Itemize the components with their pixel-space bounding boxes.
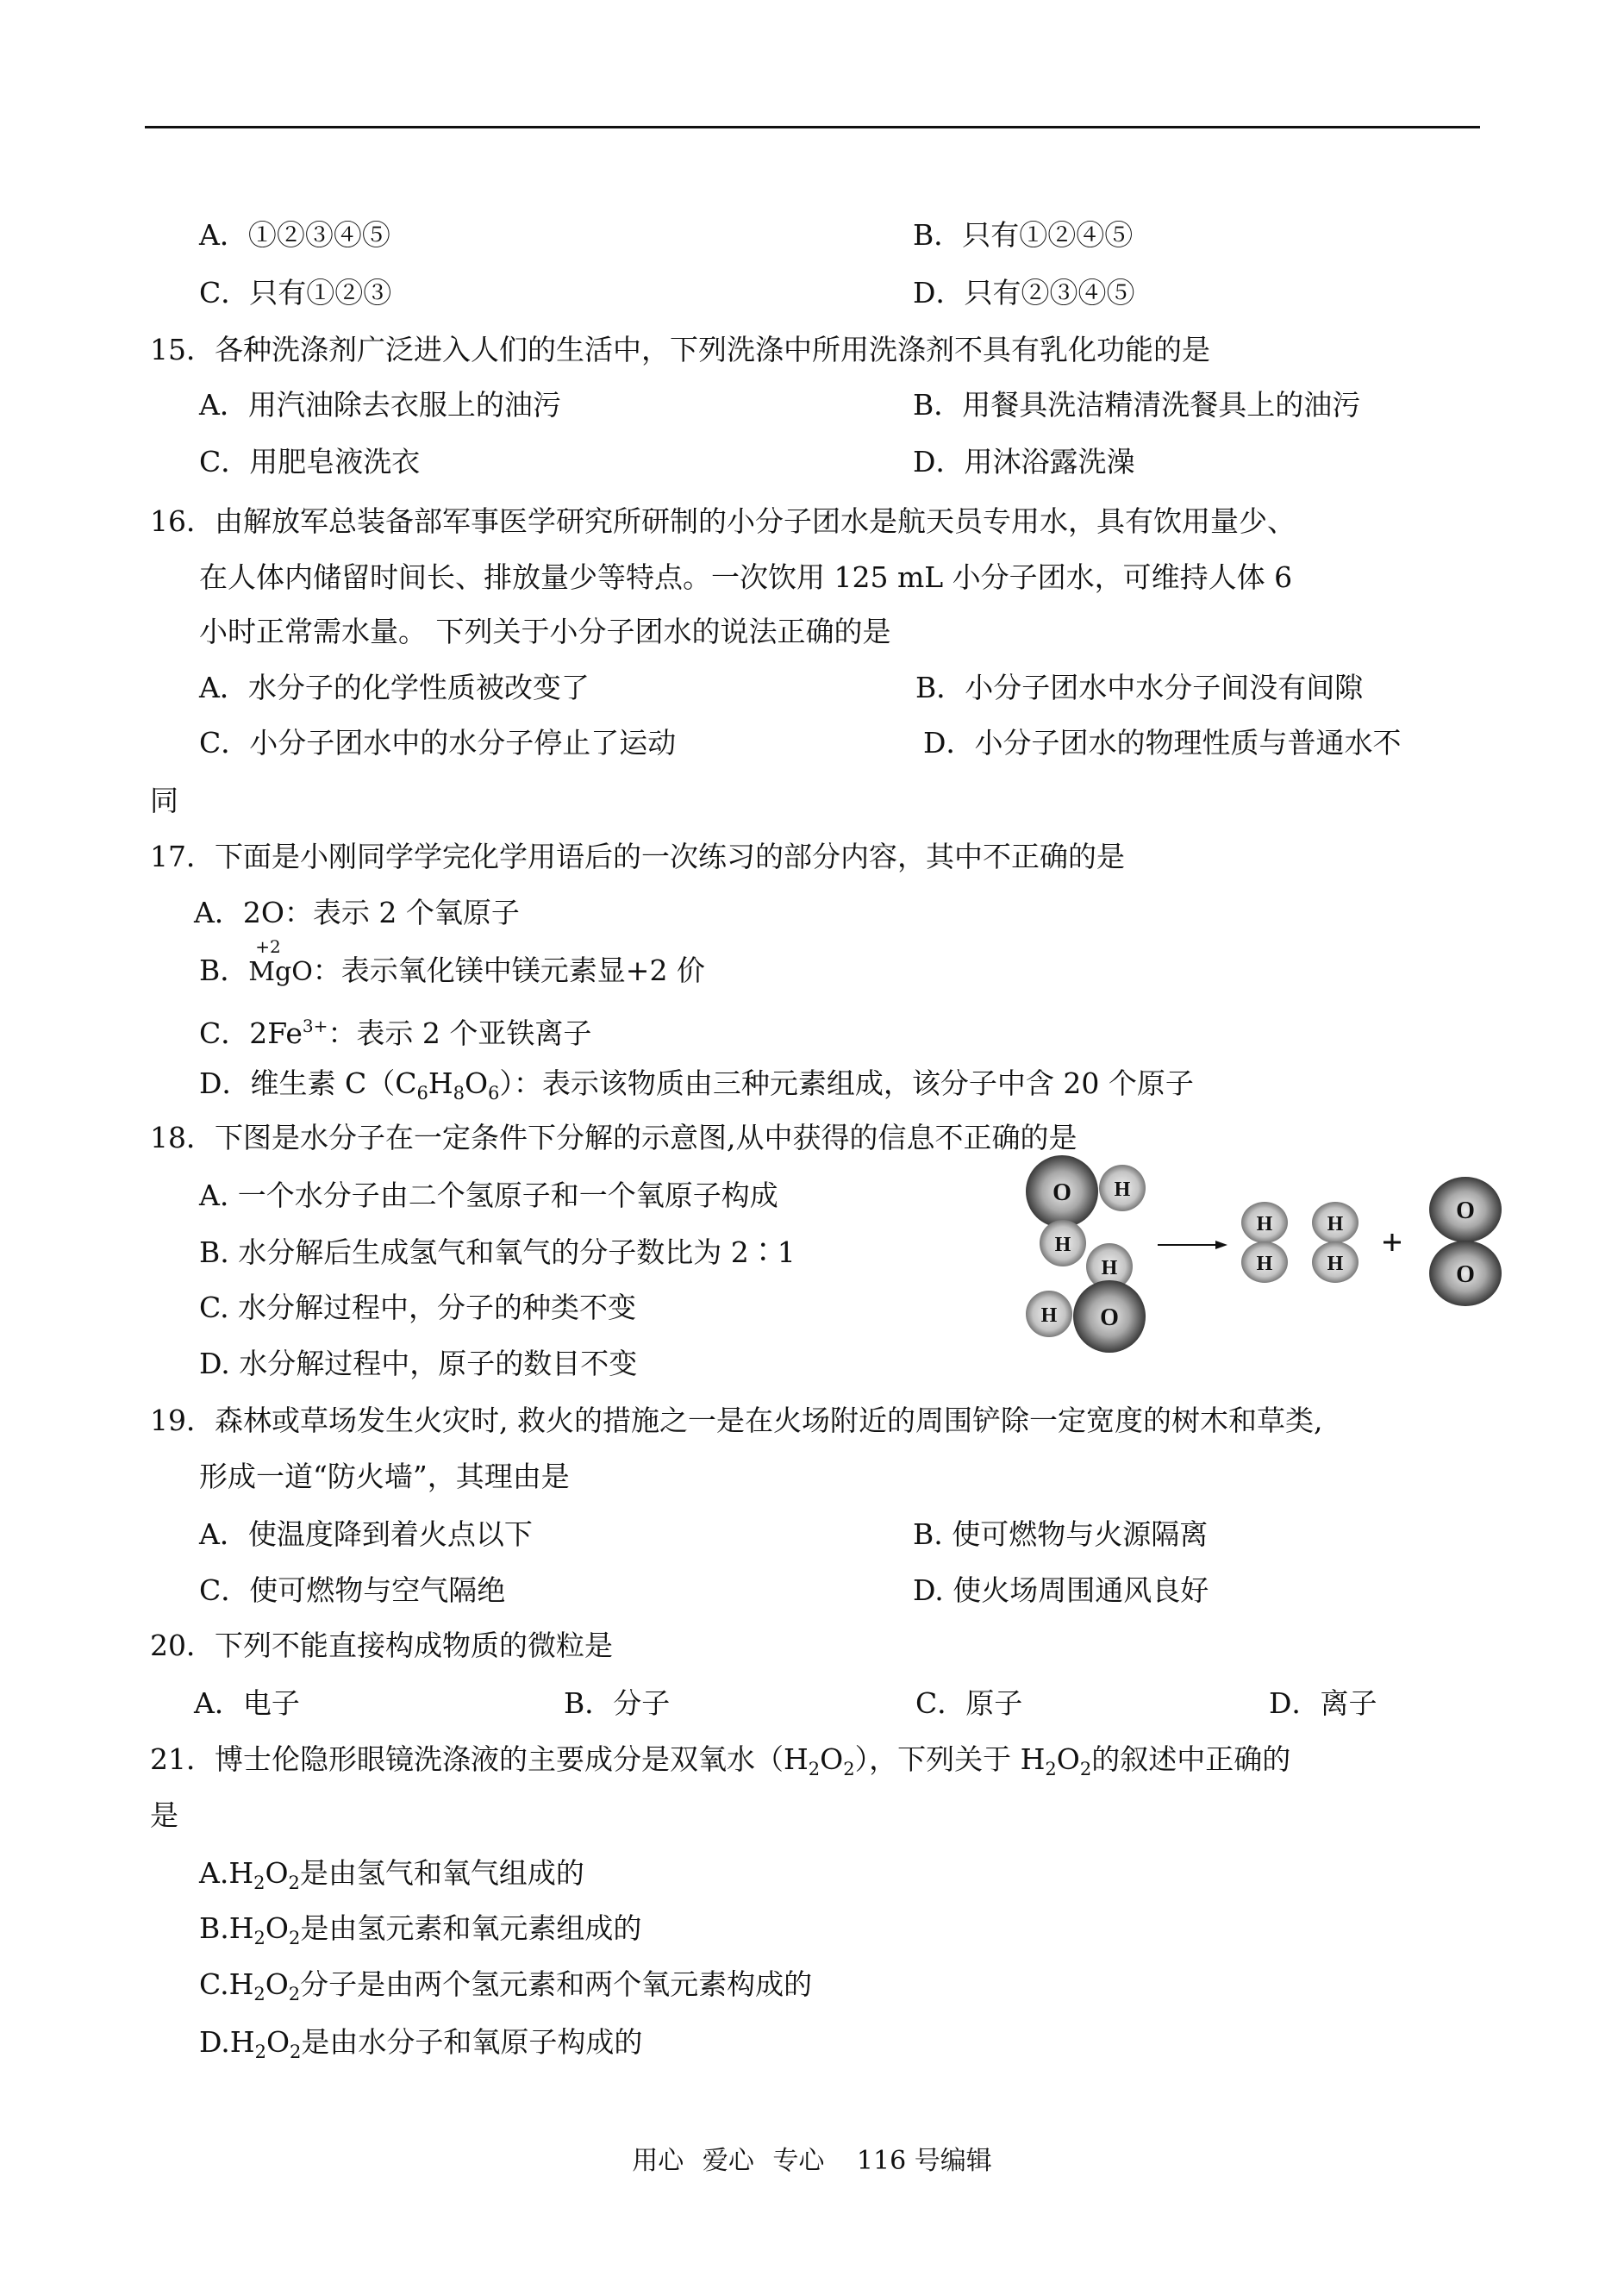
q20-option-d: D．离子 [1269, 1686, 1377, 1721]
q21-option-c: C.H2O2分子是由两个氢元素和两个氧元素构成的 [199, 1967, 812, 2011]
element-o: O [266, 2025, 290, 2059]
svg-text:H: H [1327, 1253, 1344, 1275]
valence-charge: +2 [255, 938, 280, 955]
q20-option-a: A．电子 [194, 1686, 300, 1721]
q18-stem: 18．下图是水分子在一定条件下分解的示意图,从中获得的信息不正确的是 [150, 1121, 1077, 1155]
subscript: 2 [254, 1928, 265, 1948]
option-text: ）：表示该物质由三种元素组成，该分子中含 20 个原子 [499, 1066, 1193, 1100]
q17-option-a: A．2O：表示 2 个氧原子 [194, 896, 520, 930]
q14-option-b: B．只有①②④⑤ [913, 218, 1133, 253]
svg-text:H: H [1041, 1304, 1058, 1327]
q15-option-c: C．用肥皂液洗衣 [199, 445, 420, 479]
reaction-arrow-icon [1158, 1241, 1227, 1249]
q16-stem-line-2: 在人体内储留时间长、排放量少等特点。一次饮用 125 mL 小分子团水，可维持人… [199, 560, 1292, 595]
q16-option-b: B．小分子团水中水分子间没有间隙 [915, 671, 1363, 705]
q15-option-b: B．用餐具洗洁精清洗餐具上的油污 [913, 388, 1360, 422]
q18-option-d: D. 水分解过程中，原子的数目不变 [199, 1347, 637, 1381]
option-prefix: D．维生素 C（C [199, 1066, 416, 1100]
subscript: 6 [416, 1083, 428, 1104]
subscript: 2 [1080, 1759, 1091, 1779]
q17-option-b: B．+2MgO：表示氧化镁中镁元素显+2 价 [199, 954, 705, 990]
svg-text:O: O [1456, 1198, 1475, 1224]
q18-option-c: C. 水分解过程中，分子的种类不变 [199, 1291, 636, 1325]
subscript: 2 [1045, 1759, 1056, 1779]
q18-option-b: B. 水分解后生成氢气和氧气的分子数比为 2∶1 [199, 1235, 796, 1270]
q16-option-a: A．水分子的化学性质被改变了 [199, 671, 590, 705]
svg-text:H: H [1257, 1213, 1273, 1235]
hydrogen-molecule-icon: H H [1241, 1202, 1288, 1283]
q19-option-a: A．使温度降到着火点以下 [199, 1517, 533, 1552]
element-o: O [1057, 1742, 1080, 1776]
q14-option-a: A．①②③④⑤ [199, 218, 390, 253]
ion-charge: 3+ [303, 1016, 328, 1036]
q16-stem-line-1: 16．由解放军总装备部军事医学研究所研制的小分子团水是航天员专用水，具有饮用量少… [150, 504, 1296, 539]
option-text: 是由氢元素和氧元素组成的 [300, 1911, 641, 1945]
q21-stem-line-1: 21．博士伦隐形眼镜洗涤液的主要成分是双氧水（H2O2），下列关于 H2O2的叙… [150, 1742, 1290, 1786]
subscript: 2 [290, 2042, 301, 2062]
q17-option-d: D．维生素 C（C6H8O6）：表示该物质由三种元素组成，该分子中含 20 个原… [199, 1066, 1194, 1110]
subscript: 2 [843, 1759, 854, 1779]
q21-option-d: D.H2O2是由水分子和氧原子构成的 [199, 2025, 642, 2069]
hydrogen-atom-icon: H [1040, 1220, 1086, 1266]
q19-option-c: C．使可燃物与空气隔绝 [199, 1573, 505, 1608]
q15-option-d: D．用沐浴露洗澡 [913, 445, 1134, 479]
q15-option-a: A．用汽油除去衣服上的油污 [199, 388, 561, 422]
subscript: 2 [253, 1873, 265, 1893]
element-o: O [265, 1911, 289, 1945]
q17-stem: 17．下面是小刚同学学完化学用语后的一次练习的部分内容，其中不正确的是 [150, 840, 1125, 874]
stem-text: 的叙述中正确的 [1091, 1742, 1290, 1776]
oxygen-atom-icon: O [1026, 1155, 1098, 1228]
footer-editor: 116 号编辑 [857, 2146, 992, 2176]
valence-formula: +2MgO [248, 954, 313, 990]
svg-text:H: H [1327, 1213, 1344, 1235]
svg-text:H: H [1257, 1253, 1273, 1275]
svg-text:H: H [1102, 1257, 1118, 1279]
q17-option-c: C．2Fe3+：表示 2 个亚铁离子 [199, 1009, 591, 1051]
q19-option-d: D. 使火场周围通风良好 [913, 1573, 1209, 1608]
subscript: 6 [488, 1083, 499, 1104]
footer-text-1: 用心 [632, 2146, 684, 2176]
q20-option-b: B．分子 [564, 1686, 670, 1721]
subscript: 8 [453, 1083, 465, 1104]
q21-option-a: A.H2O2是由氢气和氧气组成的 [199, 1856, 584, 1900]
option-label: A.H [199, 1856, 253, 1890]
stem-text: ），下列关于 H [855, 1742, 1046, 1776]
q16-option-d: D．小分子团水的物理性质与普通水不 [923, 726, 1401, 760]
q19-stem-line-2: 形成一道“防火墙”，其理由是 [199, 1460, 570, 1494]
q14-option-d: D．只有②③④⑤ [913, 276, 1134, 310]
q16-option-d-continuation: 同 [150, 784, 178, 818]
q20-stem: 20．下列不能直接构成物质的微粒是 [150, 1629, 613, 1663]
svg-text:H: H [1115, 1179, 1131, 1201]
formula-mgo: MgO [248, 957, 313, 987]
subscript: 2 [809, 1759, 820, 1779]
page-footer: 用心 爱心 专心 116 号编辑 [0, 2147, 1624, 2176]
option-label: B.H [199, 1911, 254, 1945]
ion-formula: C．2Fe [199, 1016, 303, 1050]
option-text: 是由水分子和氧原子构成的 [301, 2025, 642, 2059]
subscript: 2 [289, 1873, 300, 1893]
subscript: 2 [255, 2042, 266, 2062]
q19-stem-line-1: 19．森林或草场发生火灾时, 救火的措施之一是在火场附近的周围铲除一定宽度的树木… [150, 1404, 1322, 1438]
svg-text:O: O [1052, 1179, 1071, 1206]
plus-icon [1384, 1234, 1401, 1251]
q18-option-a: A. 一个水分子由二个氢原子和一个氧原子构成 [199, 1179, 778, 1213]
q16-option-c: C．小分子团水中的水分子停止了运动 [199, 726, 676, 760]
q15-stem: 15．各种洗涤剂广泛进入人们的生活中，下列洗涤中所用洗涤剂不具有乳化功能的是 [150, 333, 1210, 367]
hydrogen-atom-icon: H [1099, 1165, 1146, 1211]
option-label: C.H [199, 1967, 253, 2001]
q16-stem-line-3: 小时正常需水量。 下列关于小分子团水的说法正确的是 [199, 615, 891, 649]
element-o: O [265, 1967, 289, 2001]
footer-text-3: 专心 [772, 2146, 824, 2176]
svg-text:O: O [1100, 1304, 1119, 1331]
hydrogen-molecule-icon: H H [1312, 1202, 1359, 1283]
option-label: B． [199, 954, 248, 987]
header-rule [145, 126, 1480, 128]
element-o: O [820, 1742, 843, 1776]
option-text: ：表示氧化镁中镁元素显+2 价 [313, 954, 705, 987]
q20-option-c: C．原子 [915, 1686, 1022, 1721]
option-text: 是由氢气和氧气组成的 [300, 1856, 584, 1890]
hydrogen-atom-icon: H [1026, 1291, 1072, 1337]
option-text: ：表示 2 个亚铁离子 [328, 1016, 591, 1050]
oxygen-molecule-icon: O O [1429, 1177, 1502, 1306]
svg-text:O: O [1456, 1261, 1475, 1288]
option-label: D.H [199, 2025, 255, 2059]
oxygen-atom-icon: O [1073, 1280, 1146, 1353]
svg-text:H: H [1055, 1234, 1071, 1256]
footer-text-2: 爱心 [703, 2146, 754, 2176]
stem-text: 21．博士伦隐形眼镜洗涤液的主要成分是双氧水（H [150, 1742, 809, 1776]
element-h: H [428, 1066, 453, 1100]
q21-stem-line-2: 是 [150, 1798, 178, 1833]
subscript: 2 [253, 1984, 265, 2004]
q21-option-b: B.H2O2是由氢元素和氧元素组成的 [199, 1911, 641, 1955]
element-o: O [465, 1066, 488, 1100]
hydrogen-atom-icon: H [1086, 1243, 1133, 1290]
subscript: 2 [289, 1928, 300, 1948]
subscript: 2 [289, 1984, 300, 2004]
option-text: 分子是由两个氢元素和两个氧元素构成的 [300, 1967, 812, 2001]
q14-option-c: C．只有①②③ [199, 276, 391, 310]
element-o: O [265, 1856, 288, 1890]
q19-option-b: B. 使可燃物与火源隔离 [913, 1517, 1208, 1552]
